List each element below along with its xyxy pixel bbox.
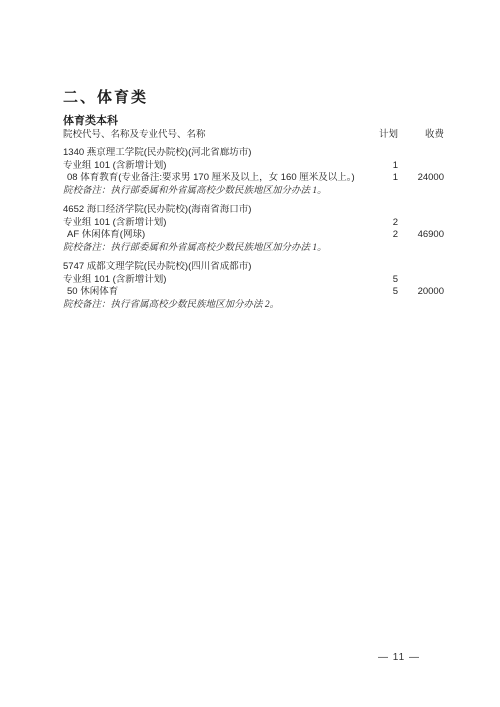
college-line: 5747 成都文理学院(民办院校)(四川省成都市): [63, 261, 444, 274]
major-label: 08 体育教育(专业备注:要求男 170 厘米及以上，女 160 厘米及以上。): [63, 172, 368, 185]
college-note: 院校备注：执行部委属和外省属高校少数民族地区加分办法 1。: [63, 242, 444, 255]
college-note: 院校备注：执行部委属和外省属高校少数民族地区加分办法 1。: [63, 185, 444, 198]
section-title: 二、体育类: [63, 88, 444, 108]
major-group-line: 专业组 101 (含新增计划) 2: [63, 217, 444, 230]
college-entry: 5747 成都文理学院(民办院校)(四川省成都市) 专业组 101 (含新增计划…: [63, 261, 444, 311]
major-line: 08 体育教育(专业备注:要求男 170 厘米及以上，女 160 厘米及以上。)…: [63, 172, 444, 185]
college-name: 1340 燕京理工学院(民办院校)(河北省廊坊市): [63, 147, 444, 160]
college-line: 1340 燕京理工学院(民办院校)(河北省廊坊市): [63, 147, 444, 160]
college-entry: 1340 燕京理工学院(民办院校)(河北省廊坊市) 专业组 101 (含新增计划…: [63, 147, 444, 197]
major-group-plan: 5: [368, 274, 398, 287]
major-group-label: 专业组 101 (含新增计划): [63, 274, 368, 287]
major-label: AF 休闲体育(网球): [63, 229, 368, 242]
header-college-major: 院校代号、名称及专业代号、名称: [63, 129, 368, 142]
college-name: 5747 成都文理学院(民办院校)(四川省成都市): [63, 261, 444, 274]
college-entry: 4652 海口经济学院(民办院校)(海南省海口市) 专业组 101 (含新增计划…: [63, 204, 444, 254]
header-plan: 计划: [368, 129, 398, 142]
major-plan: 1: [368, 172, 398, 185]
college-note: 院校备注：执行省属高校少数民族地区加分办法 2。: [63, 299, 444, 312]
major-line: AF 休闲体育(网球) 2 46900: [63, 229, 444, 242]
subsection-title: 体育类本科: [63, 115, 444, 127]
document-page: 二、体育类 体育类本科 院校代号、名称及专业代号、名称 计划 收费 1340 燕…: [0, 0, 500, 707]
major-plan: 2: [368, 229, 398, 242]
major-fee: 24000: [398, 172, 444, 185]
major-group-line: 专业组 101 (含新增计划) 1: [63, 160, 444, 173]
header-fee: 收费: [398, 129, 444, 142]
major-plan: 5: [368, 286, 398, 299]
page-content: 二、体育类 体育类本科 院校代号、名称及专业代号、名称 计划 收费 1340 燕…: [63, 88, 444, 311]
major-group-label: 专业组 101 (含新增计划): [63, 217, 368, 230]
college-line: 4652 海口经济学院(民办院校)(海南省海口市): [63, 204, 444, 217]
major-group-plan: 2: [368, 217, 398, 230]
major-group-line: 专业组 101 (含新增计划) 5: [63, 274, 444, 287]
page-number: — 11 —: [378, 652, 420, 663]
major-group-plan: 1: [368, 160, 398, 173]
major-line: 50 休闲体育 5 20000: [63, 286, 444, 299]
major-label: 50 休闲体育: [63, 286, 368, 299]
college-name: 4652 海口经济学院(民办院校)(海南省海口市): [63, 204, 444, 217]
table-header-row: 院校代号、名称及专业代号、名称 计划 收费: [63, 129, 444, 142]
major-fee: 46900: [398, 229, 444, 242]
major-fee: 20000: [398, 286, 444, 299]
major-group-label: 专业组 101 (含新增计划): [63, 160, 368, 173]
